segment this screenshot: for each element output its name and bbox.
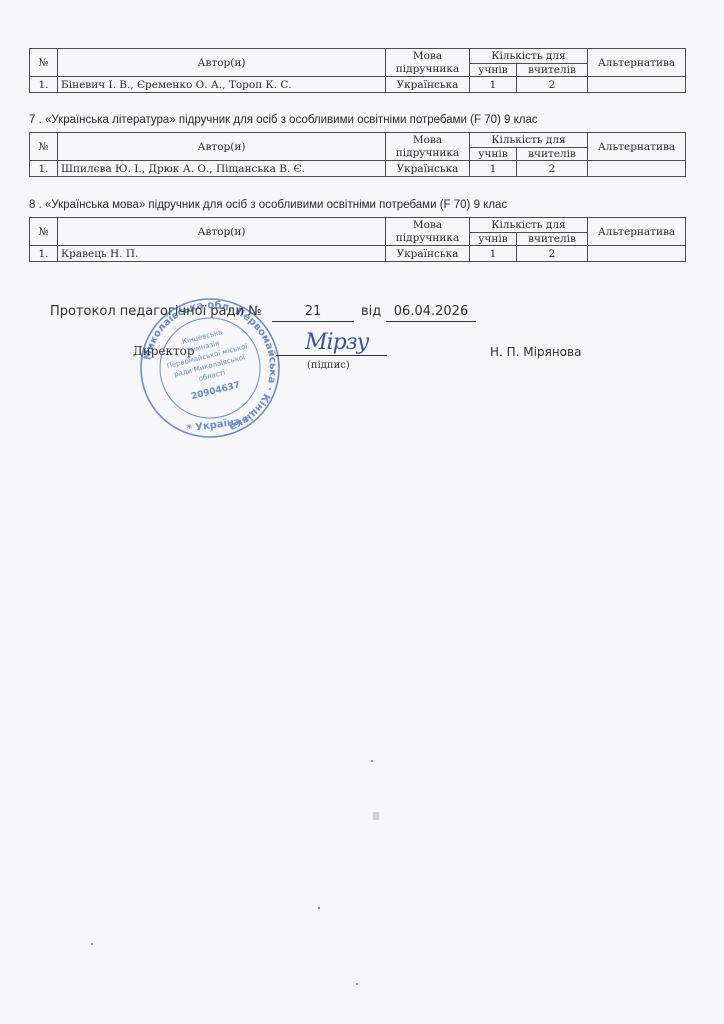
- header-quantity: Кількість для: [470, 49, 588, 64]
- scan-speck: [318, 907, 320, 909]
- header-no: №: [30, 218, 58, 246]
- row-teachers: 2: [517, 161, 588, 177]
- scan-speck: [371, 760, 373, 762]
- row-teachers: 2: [517, 77, 588, 93]
- row-language: Українська: [386, 246, 470, 262]
- row-alternative: [588, 161, 686, 177]
- header-alternative: Альтернатива: [588, 218, 686, 246]
- textbook-table-8: № Автор(и) Мова підручника Кількість для…: [29, 217, 686, 262]
- header-no: №: [30, 133, 58, 161]
- table-row: 1. Шпилєва Ю. І., Дрюк А. О., Піщанська …: [30, 161, 686, 177]
- textbook-table-6: № Автор(и) Мова підручника Кількість для…: [29, 48, 686, 93]
- row-no: 1.: [30, 161, 58, 177]
- header-teachers: вчителів: [517, 64, 588, 77]
- row-alternative: [588, 77, 686, 93]
- row-students: 1: [470, 77, 517, 93]
- row-students: 1: [470, 161, 517, 177]
- header-alternative: Альтернатива: [588, 49, 686, 77]
- header-language: Мова підручника: [386, 49, 470, 77]
- director-name: Н. П. Мірянова: [490, 345, 581, 359]
- header-teachers: вчителів: [517, 233, 588, 246]
- row-no: 1.: [30, 246, 58, 262]
- row-language: Українська: [386, 77, 470, 93]
- header-authors: Автор(и): [58, 218, 386, 246]
- row-authors: Шпилєва Ю. І., Дрюк А. О., Піщанська В. …: [58, 161, 386, 177]
- scan-speck: [91, 943, 93, 945]
- handwritten-signature: Мірзу: [305, 330, 368, 355]
- protocol-number: 21: [272, 304, 354, 322]
- stamp-code: 20904637: [190, 380, 241, 402]
- header-no: №: [30, 49, 58, 77]
- row-authors: Кравець Н. П.: [58, 246, 386, 262]
- header-teachers: вчителів: [517, 148, 588, 161]
- header-quantity: Кількість для: [470, 218, 588, 233]
- section-title-8: 8 . «Українська мова» підручник для осіб…: [29, 199, 507, 211]
- protocol-date-label: від: [361, 304, 381, 319]
- signature-line: [276, 355, 387, 356]
- header-language: Мова підручника: [386, 218, 470, 246]
- row-teachers: 2: [517, 246, 588, 262]
- textbook-table-7: № Автор(и) Мова підручника Кількість для…: [29, 132, 686, 177]
- table-row: 1. Кравець Н. П. Українська 1 2: [30, 246, 686, 262]
- header-students: учнів: [470, 233, 517, 246]
- header-students: учнів: [470, 64, 517, 77]
- header-language: Мова підручника: [386, 133, 470, 161]
- protocol-date: 06.04.2026: [386, 304, 476, 322]
- table-row: 1. Біневич І. В., Єременко О. А., Тороп …: [30, 77, 686, 93]
- header-students: учнів: [470, 148, 517, 161]
- header-authors: Автор(и): [58, 133, 386, 161]
- signature-caption: (підпис): [307, 360, 350, 371]
- scan-speck: [356, 983, 358, 985]
- header-authors: Автор(и): [58, 49, 386, 77]
- row-alternative: [588, 246, 686, 262]
- director-label: Директор: [133, 344, 195, 358]
- protocol-label: Протокол педагогічної ради №: [50, 304, 262, 319]
- row-language: Українська: [386, 161, 470, 177]
- header-alternative: Альтернатива: [588, 133, 686, 161]
- scan-speck: [373, 812, 379, 820]
- row-authors: Біневич І. В., Єременко О. А., Тороп К. …: [58, 77, 386, 93]
- section-title-7: 7 . «Українська література» підручник дл…: [29, 114, 538, 126]
- row-students: 1: [470, 246, 517, 262]
- row-no: 1.: [30, 77, 58, 93]
- header-quantity: Кількість для: [470, 133, 588, 148]
